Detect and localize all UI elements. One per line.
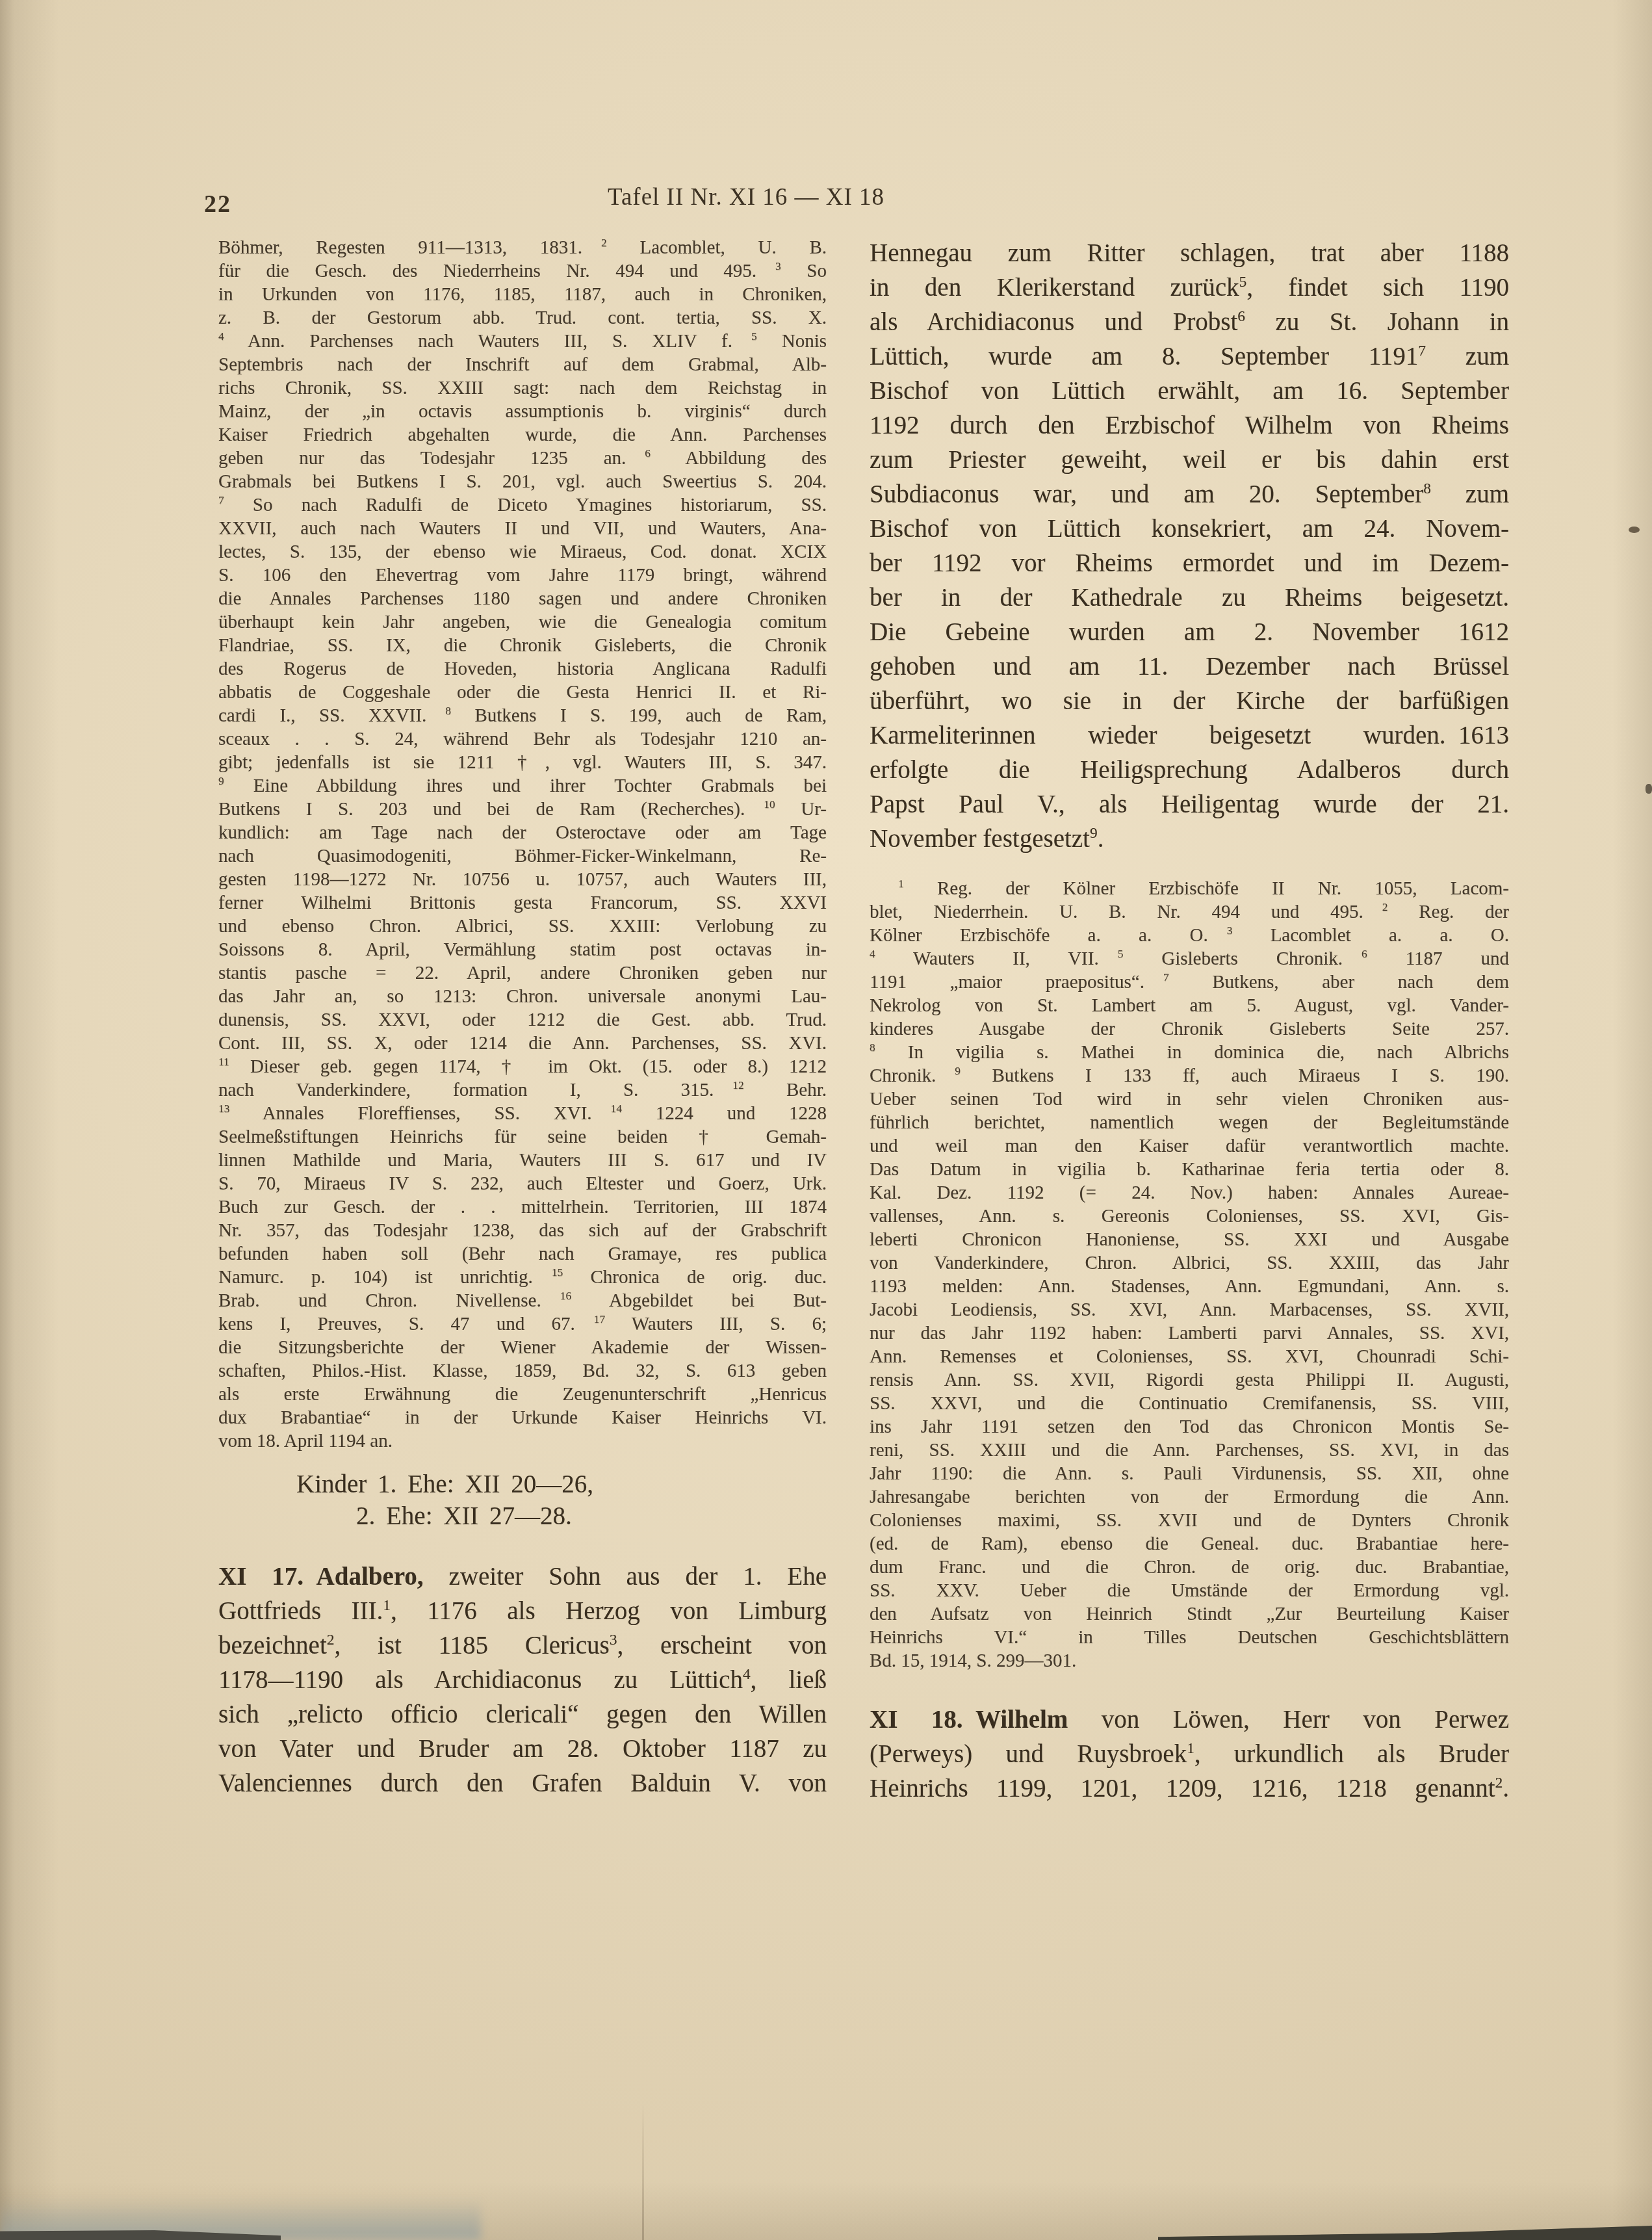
text-line: XI 17. Adalbero, zweiter Sohn aus der 1.… [218,1559,827,1594]
text-line: Jacobi Leodiensis, SS. XVI, Ann. Marbace… [870,1298,1509,1322]
text-line: nach Quasimodogeniti, Böhmer-Ficker-Wink… [218,844,827,868]
text-line: kundlich: am Tage nach der Osteroctave o… [218,821,827,844]
text-line: 8 In vigilia s. Mathei in dominica die, … [870,1041,1509,1064]
text-line: in den Klerikerstand zurück5, findet sic… [870,270,1509,305]
text-line: XXVII, auch nach Wauters II und VII, und… [218,517,827,540]
text-line: vom 18. April 1194 an. [218,1429,827,1453]
text-line: vallenses, Ann. s. Gereonis Colonienses,… [870,1205,1509,1228]
text-line: von Vater und Bruder am 28. Oktober 1187… [218,1732,827,1766]
text-line: kinderes Ausgabe der Chronik Gisleberts … [870,1017,1509,1041]
text-line: Grabmals bei Butkens I S. 201, vgl. auch… [218,470,827,493]
text-line: Papst Paul V., als Heiligentag wurde der… [870,787,1509,822]
text-line: Cont. III, SS. X, oder 1214 die Ann. Par… [218,1032,827,1055]
text-line: führlich berichtet, namentlich wegen der… [870,1111,1509,1134]
text-line: Ueber seinen Tod wird in sehr vielen Chr… [870,1087,1509,1111]
scan-edge-bottom-right [1158,2224,1652,2240]
text-line: für die Gesch. des Niederrheins Nr. 494 … [218,259,827,283]
text-line: 1193 melden: Ann. Stadenses, Ann. Egmund… [870,1275,1509,1298]
page-number: 22 [204,190,231,218]
text-line: ber in der Kathedrale zu Rheims beigeset… [870,580,1509,615]
text-line: dux Brabantiae“ in der Urkunde Kaiser He… [218,1406,827,1429]
text-line: 4 Wauters II, VII. 5 Gisleberts Chronik.… [870,947,1509,970]
text-line: geben nur das Todesjahr 1235 an. 6 Abbil… [218,447,827,470]
text-line: Heinrichs 1199, 1201, 1209, 1216, 1218 g… [870,1771,1509,1806]
text-line: rensis Ann. SS. XVII, Rigordi gesta Phil… [870,1368,1509,1392]
left-footnotes-block: Böhmer, Regesten 911—1313, 1831. 2 Lacom… [218,236,827,1453]
text-line: 11 Dieser geb. gegen 1174, † im Okt. (15… [218,1055,827,1078]
text-line: 1178—1190 als Archidiaconus zu Lüttich4,… [218,1663,827,1697]
text-line: des Rogerus de Hoveden, historia Anglica… [218,657,827,681]
text-line: November festgesetzt9. [870,822,1509,856]
text-line: Buch zur Gesch. der . . mittelrhein. Ter… [218,1195,827,1219]
text-line: und weil man den Kaiser dafür verantwort… [870,1134,1509,1158]
text-line: Soissons 8. April, Vermählung statim pos… [218,938,827,961]
text-line: die Annales Parchenses 1180 sagen und an… [218,587,827,610]
text-line: befunden haben soll (Behr nach Gramaye, … [218,1242,827,1266]
text-line: dum Franc. und die Chron. de orig. duc. … [870,1556,1509,1579]
text-line: sich „relicto officio clericali“ gegen d… [218,1697,827,1732]
entry-xi18-block: XI 18. Wilhelm von Löwen, Herr von Perwe… [870,1702,1509,1806]
text-line: Kal. Dez. 1192 (= 24. Nov.) haben: Annal… [870,1181,1509,1205]
text-line: sceaux . . S. 24, während Behr als Todes… [218,727,827,751]
children-line-second-marriage: 2. Ehe: XII 27—28. [218,1500,827,1532]
text-line: Colonienses maximi, SS. XVII und de Dynt… [870,1509,1509,1532]
text-line: reni, SS. XXIII und die Ann. Parchenses,… [870,1439,1509,1462]
children-line-first-marriage: Kinder 1. Ehe: XII 20—26, [218,1468,827,1500]
text-line: Brab. und Chron. Nivellense. 16 Abgebild… [218,1289,827,1312]
text-line: und ebenso Chron. Albrici, SS. XXIII: Ve… [218,915,827,938]
text-line: gibt; jedenfalls ist sie 1211 †, vgl. Wa… [218,751,827,774]
text-line: 1 Reg. der Kölner Erzbischöfe II Nr. 105… [870,877,1509,900]
text-line: 7 So nach Radulfi de Diceto Ymagines his… [218,493,827,517]
text-line: 4 Ann. Parchenses nach Wauters III, S. X… [218,330,827,353]
text-line: schaften, Philos.-Hist. Klasse, 1859, Bd… [218,1359,827,1383]
text-line: als Archidiaconus und Probst6 zu St. Joh… [870,305,1509,339]
text-line: ins Jahr 1191 setzen den Tod das Chronic… [870,1415,1509,1439]
text-line: Ann. Remenses et Colonienses, SS. XVI, C… [870,1345,1509,1368]
text-line: als erste Erwähnung die Zeugenunterschri… [218,1383,827,1406]
text-line: Nr. 357, das Todesjahr 1238, das sich au… [218,1219,827,1242]
text-line: bezeichnet2, ist 1185 Clericus3, erschei… [218,1628,827,1663]
text-line: nur das Jahr 1192 haben: Lamberti parvi … [870,1322,1509,1345]
text-line: gesten 1198—1272 Nr. 10756 u. 10757, auc… [218,868,827,891]
text-line: zum Priester geweiht, weil er bis dahin … [870,443,1509,477]
text-line: das Jahr an, so 1213: Chron. universale … [218,985,827,1008]
text-line: blet, Niederrhein. U. B. Nr. 494 und 495… [870,900,1509,924]
text-line: 1192 durch den Erzbischof Wilhelm von Rh… [870,408,1509,443]
text-line: Mainz, der „in octavis assumptionis b. v… [218,400,827,423]
text-line: erfolgte die Heiligsprechung Adalberos d… [870,753,1509,787]
text-line: z. B. der Gestorum abb. Trud. cont. tert… [218,306,827,330]
text-line: Karmeliterinnen wieder beigesetzt wurden… [870,718,1509,753]
text-line: überhaupt kein Jahr angeben, wie die Gen… [218,610,827,634]
text-line: Jahresangabe berichten von der Ermordung… [870,1485,1509,1509]
text-line: 1191 „maior praepositus“. 7 Butkens, abe… [870,970,1509,994]
text-line: Valenciennes durch den Grafen Balduin V.… [218,1766,827,1801]
paper-speck [1629,527,1640,533]
text-line: Die Gebeine wurden am 2. November 1612 [870,615,1509,649]
text-line: Kaiser Friedrich abgehalten wurde, die A… [218,423,827,447]
text-line: Gottfrieds III.1, 1176 als Herzog von Li… [218,1594,827,1628]
text-line: Flandriae, SS. IX, die Chronik Gislebert… [218,634,827,657]
text-line: in Urkunden von 1176, 1185, 1187, auch i… [218,283,827,306]
text-line: Seelmeßstiftungen Heinrichs für seine be… [218,1125,827,1149]
text-line: Jahr 1190: die Ann. s. Pauli Virdunensis… [870,1462,1509,1485]
text-line: Böhmer, Regesten 911—1313, 1831. 2 Lacom… [218,236,827,259]
text-line: Namurc. p. 104) ist unrichtig. 15 Chroni… [218,1266,827,1289]
text-line: die Sitzungsberichte der Wiener Akademie… [218,1336,827,1359]
text-line: 13 Annales Floreffienses, SS. XVI. 14 12… [218,1102,827,1125]
text-line: Lüttich, wurde am 8. September 11917 zum [870,339,1509,374]
text-line: lectes, S. 135, der ebenso wie Miraeus, … [218,540,827,564]
text-line: Hennegau zum Ritter schlagen, trat aber … [870,236,1509,270]
children-reference-block: Kinder 1. Ehe: XII 20—26, 2. Ehe: XII 27… [218,1468,827,1532]
text-line: kens I, Preuves, S. 47 und 67. 17 Wauter… [218,1312,827,1336]
text-line: Heinrichs VI.“ in Tilles Deutschen Gesch… [870,1626,1509,1649]
text-line: XI 18. Wilhelm von Löwen, Herr von Perwe… [870,1702,1509,1737]
text-line: Das Datum in vigilia b. Katharinae feria… [870,1158,1509,1181]
text-line: stantis pasche = 22. April, andere Chron… [218,961,827,985]
text-line: Butkens I S. 203 und bei de Ram (Recherc… [218,798,827,821]
entry-xi17-block: XI 17. Adalbero, zweiter Sohn aus der 1.… [218,1559,827,1801]
text-line: den Aufsatz von Heinrich Stindt „Zur Beu… [870,1602,1509,1626]
text-line: Chronik. 9 Butkens I 133 ff, auch Miraeu… [870,1064,1509,1087]
text-line: ferner Wilhelmi Brittonis gesta Francoru… [218,891,827,915]
scanned-book-page: 22 Tafel II Nr. XI 16 — XI 18 Böhmer, Re… [0,0,1652,2240]
text-line: überführt, wo sie in der Kirche der barf… [870,684,1509,718]
right-footnotes-block: 1 Reg. der Kölner Erzbischöfe II Nr. 105… [870,877,1509,1673]
text-line: Septembris nach der Inschrift auf dem Gr… [218,353,827,376]
text-line: abbatis de Coggeshale oder die Gesta Hen… [218,681,827,704]
entry-xi17-continuation-block: Hennegau zum Ritter schlagen, trat aber … [870,236,1509,856]
text-line: richs Chronik, SS. XXIII sagt: nach dem … [218,376,827,400]
text-line: dunensis, SS. XXVI, oder 1212 die Gest. … [218,1008,827,1032]
text-line: nach Vanderkindere, formation I, S. 315.… [218,1078,827,1102]
paper-crease [642,2103,644,2240]
text-line: Subdiaconus war, und am 20. September8 z… [870,477,1509,512]
text-line: linnen Mathilde und Maria, Wauters III S… [218,1149,827,1172]
right-column: Hennegau zum Ritter schlagen, trat aber … [870,236,1509,1806]
paper-speck [1646,784,1652,794]
text-line: von Vanderkindere, Chron. Albrici, SS. X… [870,1251,1509,1275]
text-line: Bischof von Lüttich erwählt, am 16. Sept… [870,374,1509,408]
text-line: Kölner Erzbischöfe a. a. O. 3 Lacomblet … [870,924,1509,947]
text-line: SS. XXVI, und die Continuatio Cremifanen… [870,1392,1509,1415]
text-line: (ed. de Ram), ebenso die Geneal. duc. Br… [870,1532,1509,1556]
text-line: Bd. 15, 1914, S. 299—301. [870,1649,1509,1673]
running-header: Tafel II Nr. XI 16 — XI 18 [608,183,884,211]
text-line: Nekrolog von St. Lambert am 5. August, v… [870,994,1509,1017]
text-line: gehoben und am 11. Dezember nach Brüssel [870,649,1509,684]
text-line: (Perweys) und Ruysbroek1, urkundlich als… [870,1737,1509,1771]
text-line: S. 70, Miraeus IV S. 232, auch Eltester … [218,1172,827,1195]
left-column: Böhmer, Regesten 911—1313, 1831. 2 Lacom… [218,236,827,1801]
text-line: S. 106 den Ehevertrag vom Jahre 1179 bri… [218,564,827,587]
text-line: leberti Chronicon Hanoniense, SS. XXI un… [870,1228,1509,1251]
text-line: Bischof von Lüttich konsekriert, am 24. … [870,512,1509,546]
text-line: ber 1192 vor Rheims ermordet und im Deze… [870,546,1509,580]
text-line: cardi I., SS. XXVII. 8 Butkens I S. 199,… [218,704,827,727]
text-line: SS. XXV. Ueber die Umstände der Ermordun… [870,1579,1509,1602]
text-line: 9 Eine Abbildung ihres und ihrer Tochter… [218,774,827,798]
